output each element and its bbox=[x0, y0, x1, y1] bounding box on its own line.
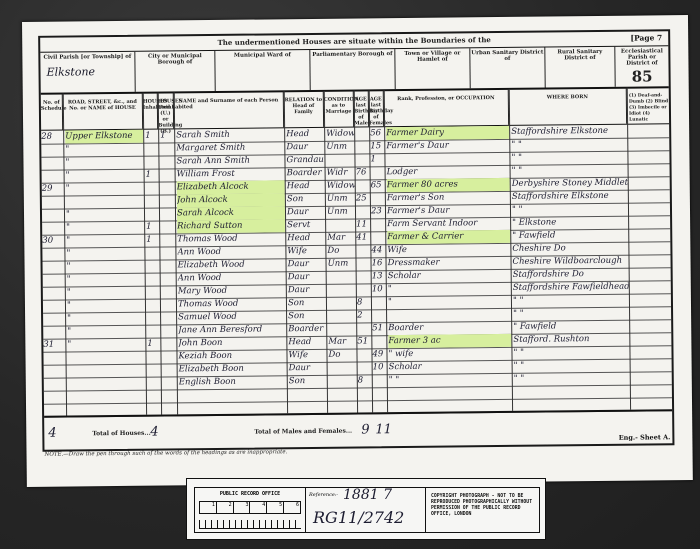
cell-relation: Head bbox=[287, 180, 325, 193]
scale-mark: 2 bbox=[217, 502, 234, 513]
cell-address: " bbox=[66, 234, 144, 248]
cell-inhabited bbox=[146, 247, 159, 260]
cell-age-f: 10 bbox=[373, 361, 387, 374]
piece-number: RG11/2742 bbox=[313, 508, 404, 527]
scale-mark: 6 bbox=[284, 502, 300, 513]
cell-name: John Alcock bbox=[177, 193, 285, 207]
civil-parish-value: Elkstone bbox=[40, 65, 134, 79]
cell-born: Derbyshire Stoney Middleton bbox=[512, 177, 628, 191]
cell-age-m: 2 bbox=[357, 309, 371, 322]
cell-schedule bbox=[42, 209, 64, 222]
cell-age-m bbox=[358, 387, 372, 400]
persons-total-label: Total of Males and Females... bbox=[254, 428, 352, 436]
cell-schedule bbox=[43, 352, 65, 365]
cell-age-f bbox=[373, 374, 387, 387]
cell-age-f bbox=[371, 166, 385, 179]
cell-age-m: 8 bbox=[358, 374, 372, 387]
cell-occupation: Farmer Dairy bbox=[386, 126, 509, 140]
cell-age-f: 10 bbox=[372, 283, 386, 296]
district-number: 85 bbox=[616, 67, 669, 86]
cell-occupation: Boarder bbox=[388, 321, 511, 335]
cell-age-m bbox=[358, 361, 372, 374]
cell-born: " " bbox=[513, 307, 629, 321]
cell-occupation: Scholar bbox=[388, 269, 511, 283]
archive-label: PUBLIC RECORD OFFICE 1 2 3 4 5 6 Referen… bbox=[186, 478, 546, 540]
cell-uninhabited bbox=[160, 142, 174, 155]
copyright-notice: COPYRIGHT PHOTOGRAPH - NOT TO BE REPRODU… bbox=[431, 494, 536, 518]
cell-inhabited bbox=[147, 273, 160, 286]
col-infirmity: (1) Deaf-and-Dumb (2) Blind (3) Imbecile… bbox=[627, 87, 669, 123]
scale-mark: 4 bbox=[250, 502, 267, 513]
cell-schedule bbox=[43, 287, 65, 300]
cell-schedule bbox=[43, 300, 65, 313]
cell-schedule bbox=[42, 248, 64, 261]
cell-occupation: Farmer's Daur bbox=[386, 139, 509, 153]
cell-relation: Boarder bbox=[287, 167, 325, 180]
cell-relation: Boarder bbox=[288, 323, 326, 336]
cell-address: " bbox=[67, 325, 145, 339]
cell-age-m bbox=[355, 153, 369, 166]
cell-name: Ann Wood bbox=[177, 245, 285, 259]
cell-age-m bbox=[356, 244, 370, 257]
ruler bbox=[199, 520, 301, 529]
cell-condition bbox=[327, 219, 355, 232]
cell-condition: Unm bbox=[327, 193, 355, 206]
col-condition: CONDITION as to Marriage bbox=[324, 91, 354, 127]
cell-uninhabited bbox=[160, 155, 174, 168]
cell-inhabited bbox=[148, 377, 161, 390]
cell-age-f: 44 bbox=[371, 244, 385, 257]
cell-age-f bbox=[371, 231, 385, 244]
cell-schedule bbox=[44, 391, 66, 404]
cell-age-m bbox=[357, 283, 371, 296]
cell-uninhabited bbox=[161, 246, 175, 259]
cell-inhabited bbox=[148, 364, 161, 377]
cell-age-m: 8 bbox=[357, 296, 371, 309]
cell-condition: Widow bbox=[327, 180, 355, 193]
cell-inhabited bbox=[146, 208, 159, 221]
cell-name: Elizabeth Boon bbox=[179, 362, 287, 376]
cell-age-m bbox=[356, 205, 370, 218]
cell-address: Upper Elkstone bbox=[65, 130, 143, 144]
cell-address: " bbox=[66, 247, 144, 261]
town-label: Town or Village or Hamlet of bbox=[404, 50, 460, 62]
cell-name: Elizabeth Wood bbox=[177, 258, 285, 272]
cell-condition bbox=[328, 271, 356, 284]
cell-uninhabited bbox=[161, 181, 175, 194]
cell-uninhabited bbox=[162, 324, 176, 337]
cell-age-f: 1 bbox=[370, 153, 384, 166]
cell-condition bbox=[328, 323, 356, 336]
cell-address: " bbox=[65, 156, 143, 170]
cell-condition bbox=[329, 362, 357, 375]
cell-uninhabited bbox=[161, 207, 175, 220]
cell-schedule bbox=[43, 326, 65, 339]
males-total: 9 bbox=[361, 422, 369, 437]
reference-box: Reference:- 1881 7 RG11/2742 bbox=[305, 488, 426, 532]
houses-total-value: 4 bbox=[150, 425, 158, 440]
cell-inhabited: 1 bbox=[146, 221, 159, 234]
cell-relation: Son bbox=[288, 297, 326, 310]
cell-inhabited bbox=[147, 299, 160, 312]
ward-field: Municipal Ward of bbox=[215, 50, 310, 91]
cell-condition bbox=[329, 388, 357, 401]
cell-born: Cheshire Do bbox=[512, 242, 628, 256]
borough-label: City or Municipal Borough of bbox=[148, 53, 202, 65]
cell-age-f bbox=[371, 192, 385, 205]
cell-inhabited: 1 bbox=[146, 169, 159, 182]
cell-age-m: 41 bbox=[356, 231, 370, 244]
cell-address bbox=[68, 377, 146, 391]
cell-age-f bbox=[372, 309, 386, 322]
cell-inhabited bbox=[145, 156, 158, 169]
cell-inhabited bbox=[147, 325, 160, 338]
cell-age-f bbox=[371, 218, 385, 231]
census-frame: The undermentioned Houses are situate wi… bbox=[38, 29, 674, 452]
borough-field: City or Municipal Borough of bbox=[135, 51, 215, 92]
cell-age-m: 25 bbox=[356, 192, 370, 205]
cell-address: " bbox=[67, 260, 145, 274]
cell-occupation bbox=[388, 308, 511, 322]
eccl-parish-label: Ecclesiastical Parish or District of bbox=[621, 48, 663, 66]
cell-schedule bbox=[42, 222, 64, 235]
cell-occupation: Farmer 80 acres bbox=[387, 178, 510, 192]
pro-office: PUBLIC RECORD OFFICE bbox=[195, 491, 305, 497]
cell-occupation bbox=[386, 152, 509, 166]
col-where-born: WHERE BORN bbox=[509, 88, 627, 125]
cell-address: " bbox=[67, 312, 145, 326]
cell-condition: Unm bbox=[326, 141, 354, 154]
cell-uninhabited bbox=[161, 168, 175, 181]
cell-relation: Head bbox=[288, 336, 326, 349]
cell-inhabited bbox=[146, 195, 159, 208]
cell-born: " Fawfield bbox=[512, 229, 628, 243]
cell-born: Staffordshire Fawfieldhead bbox=[513, 281, 629, 295]
cell-condition bbox=[328, 284, 356, 297]
cell-schedule: 29 bbox=[42, 183, 64, 196]
cell-born: " " bbox=[513, 294, 629, 308]
cell-born: " " bbox=[513, 346, 629, 360]
cell-uninhabited bbox=[163, 363, 177, 376]
cell-born: " " bbox=[514, 359, 630, 373]
cell-inhabited bbox=[147, 351, 160, 364]
cell-inhabited bbox=[147, 312, 160, 325]
cell-born: Cheshire Wildboarclough bbox=[512, 255, 628, 269]
col-address: ROAD, STREET, &c., and No. or NAME of HO… bbox=[63, 93, 143, 130]
cell-condition: Unm bbox=[327, 258, 355, 271]
cell-age-f: 15 bbox=[370, 140, 384, 153]
cell-address: " bbox=[66, 221, 144, 235]
cell-born: Staffordshire Elkstone bbox=[511, 125, 627, 139]
reference-label: Reference:- bbox=[309, 492, 338, 498]
houses-total-label: Total of Houses... bbox=[92, 430, 150, 438]
cell-uninhabited bbox=[161, 220, 175, 233]
cell-uninhabited bbox=[163, 389, 177, 402]
cell-address bbox=[66, 195, 144, 209]
cell-schedule: 28 bbox=[41, 131, 63, 144]
cell-occupation: " bbox=[388, 295, 511, 309]
census-sheet: The undermentioned Houses are situate wi… bbox=[22, 15, 693, 487]
cell-name: Elizabeth Alcock bbox=[177, 180, 285, 194]
cell-occupation: " " bbox=[389, 373, 512, 387]
cell-condition: Widr bbox=[327, 167, 355, 180]
scale-mark: 1 bbox=[200, 502, 217, 513]
cell-uninhabited bbox=[162, 311, 176, 324]
cell-address: " bbox=[67, 338, 145, 352]
parl-borough-label: Parliamentary Borough of bbox=[312, 51, 392, 58]
cell-age-f: 49 bbox=[372, 348, 386, 361]
rural-district-label: Rural Sanitary District of bbox=[557, 49, 602, 61]
cell-schedule bbox=[42, 196, 64, 209]
cell-age-f: 56 bbox=[370, 127, 384, 140]
cell-age-m bbox=[355, 127, 369, 140]
cell-born: " " bbox=[512, 203, 628, 217]
cell-relation: Son bbox=[288, 310, 326, 323]
scale-mark: 5 bbox=[267, 502, 284, 513]
cell-occupation bbox=[389, 386, 512, 400]
cell-uninhabited bbox=[161, 259, 175, 272]
page-number: [Page 7 bbox=[630, 33, 662, 42]
cell-schedule bbox=[41, 144, 63, 157]
cell-relation: Servt bbox=[287, 219, 325, 232]
cell-condition bbox=[328, 297, 356, 310]
cell-relation: Daur bbox=[286, 141, 324, 154]
scale-bar: 1 2 3 4 5 6 bbox=[199, 501, 301, 514]
cell-occupation: Farmer 3 ac bbox=[388, 334, 511, 348]
cell-inhabited bbox=[146, 260, 159, 273]
cell-relation: Head bbox=[286, 128, 324, 141]
cell-uninhabited bbox=[161, 194, 175, 207]
schedules-count: 4 bbox=[48, 426, 56, 441]
scale-mark: 3 bbox=[234, 502, 251, 513]
cell-born: " " bbox=[511, 151, 627, 165]
cell-occupation: " bbox=[388, 282, 511, 296]
cell-inhabited: 1 bbox=[145, 130, 158, 143]
cell-relation: Daur bbox=[288, 284, 326, 297]
cell-name: Thomas Wood bbox=[178, 297, 286, 311]
col-uninhabited: HOUSES Uninhabited (U.) or Building (B.) bbox=[158, 92, 174, 128]
cell-age-f bbox=[372, 296, 386, 309]
cell-age-f: 23 bbox=[371, 205, 385, 218]
cell-name: Sarah Alcock bbox=[177, 206, 285, 220]
sheet-end-label: Eng.- Sheet A. bbox=[619, 433, 671, 442]
cell-age-m bbox=[356, 179, 370, 192]
cell-relation: Son bbox=[287, 193, 325, 206]
cell-schedule bbox=[42, 170, 64, 183]
col-relation: RELATION to Head of Family bbox=[284, 91, 324, 127]
cell-condition: Mar bbox=[327, 232, 355, 245]
cell-occupation: Scholar bbox=[389, 360, 512, 374]
cell-relation: Son bbox=[289, 375, 327, 388]
col-schedule: No. of Schedule bbox=[41, 94, 63, 130]
cell-age-f: 65 bbox=[371, 179, 385, 192]
cell-born: Staffordshire Elkstone bbox=[512, 190, 628, 204]
cell-relation: Grandaur bbox=[286, 154, 324, 167]
cell-age-f bbox=[373, 387, 387, 400]
cell-age-m: 51 bbox=[357, 335, 371, 348]
cell-condition: Widow bbox=[326, 128, 354, 141]
cell-condition bbox=[329, 375, 357, 388]
cell-uninhabited: 1 bbox=[160, 129, 174, 142]
cell-address bbox=[67, 351, 145, 365]
eccl-parish-field: Ecclesiastical Parish or District of 85 bbox=[615, 46, 668, 87]
cell-name: Samuel Wood bbox=[178, 310, 286, 324]
urban-district-field: Urban Sanitary District of bbox=[470, 48, 545, 89]
cell-inhabited: 1 bbox=[146, 234, 159, 247]
cell-condition: Unm bbox=[327, 206, 355, 219]
cell-inhabited bbox=[145, 143, 158, 156]
cell-age-f: 51 bbox=[372, 322, 386, 335]
cell-name: John Boon bbox=[178, 336, 286, 350]
cell-schedule: 31 bbox=[43, 339, 65, 352]
cell-schedule: 30 bbox=[42, 235, 64, 248]
cell-born: Stafford. Rushton bbox=[513, 333, 629, 347]
cell-address: " bbox=[67, 299, 145, 313]
cell-name: Richard Sutton bbox=[177, 219, 285, 233]
cell-uninhabited bbox=[162, 285, 176, 298]
cell-uninhabited bbox=[163, 376, 177, 389]
parl-borough-field: Parliamentary Borough of bbox=[310, 49, 395, 90]
cell-age-m bbox=[356, 257, 370, 270]
cell-occupation: Dressmaker bbox=[387, 256, 510, 270]
cell-age-f: 16 bbox=[371, 257, 385, 270]
civil-parish-label: Civil Parish [or Township] of bbox=[43, 54, 131, 61]
cell-occupation: Farmer & Carrier bbox=[387, 230, 510, 244]
cell-uninhabited bbox=[162, 298, 176, 311]
cell-occupation: " wife bbox=[388, 347, 511, 361]
cell-address: " bbox=[65, 143, 143, 157]
cell-name: William Frost bbox=[177, 167, 285, 181]
cell-condition: Mar bbox=[328, 336, 356, 349]
pro-scale-box: PUBLIC RECORD OFFICE 1 2 3 4 5 6 bbox=[195, 488, 306, 532]
reference-value: 1881 7 bbox=[343, 487, 392, 503]
col-name: NAME and Surname of each Person bbox=[174, 91, 284, 128]
col-age-females: AGE last Birthday of Females bbox=[369, 90, 384, 126]
cell-inhabited bbox=[146, 182, 159, 195]
cell-age-m bbox=[357, 270, 371, 283]
cell-inhabited bbox=[147, 286, 160, 299]
cell-name: Margaret Smith bbox=[176, 141, 284, 155]
cell-age-m: 11 bbox=[356, 218, 370, 231]
col-age-males: AGE last Birthday of Males bbox=[354, 90, 369, 126]
cell-address: " bbox=[67, 273, 145, 287]
cell-age-m: 76 bbox=[356, 166, 370, 179]
cell-born: " " bbox=[511, 138, 627, 152]
cell-address: " bbox=[66, 208, 144, 222]
cell-address: " bbox=[66, 169, 144, 183]
rural-district-field: Rural Sanitary District of bbox=[545, 47, 615, 88]
cell-relation: Wife bbox=[288, 349, 326, 362]
cell-schedule bbox=[44, 378, 66, 391]
cell-name: Jane Ann Beresford bbox=[178, 323, 286, 337]
cell-schedule bbox=[43, 261, 65, 274]
ward-label: Municipal Ward of bbox=[234, 52, 291, 59]
cell-occupation: Wife bbox=[387, 243, 510, 257]
cell-schedule bbox=[43, 274, 65, 287]
cell-name: Keziah Boon bbox=[178, 349, 286, 363]
cell-born: " Fawfield bbox=[513, 320, 629, 334]
cell-age-m bbox=[357, 348, 371, 361]
urban-district-label: Urban Sanitary District of bbox=[471, 50, 543, 62]
col-inhabited: HOUSES Inhabited bbox=[143, 93, 158, 129]
cell-condition bbox=[328, 310, 356, 323]
cell-occupation: Lodger bbox=[387, 165, 510, 179]
cell-schedule bbox=[41, 157, 63, 170]
cell-schedule bbox=[44, 365, 66, 378]
cell-age-f bbox=[372, 335, 386, 348]
cell-condition: Do bbox=[327, 245, 355, 258]
females-total: 11 bbox=[375, 422, 392, 437]
civil-parish-field: Civil Parish [or Township] of Elkstone bbox=[40, 52, 135, 93]
cell-condition: Do bbox=[328, 349, 356, 362]
cell-born: " Elkstone bbox=[512, 216, 628, 230]
cell-occupation: Farm Servant Indoor bbox=[387, 217, 510, 231]
cell-condition bbox=[326, 154, 354, 167]
cell-name: Ann Wood bbox=[178, 271, 286, 285]
cell-age-f: 13 bbox=[372, 270, 386, 283]
cell-relation: Daur bbox=[288, 271, 326, 284]
cell-name: English Boon bbox=[179, 375, 287, 389]
col-occupation: Rank, Profession, or OCCUPATION bbox=[384, 89, 509, 126]
cell-relation: Daur bbox=[287, 206, 325, 219]
cell-address bbox=[68, 364, 146, 378]
cell-address: " bbox=[67, 286, 145, 300]
cell-occupation: Farmer's Daur bbox=[387, 204, 510, 218]
cell-uninhabited bbox=[161, 233, 175, 246]
cell-age-m bbox=[355, 140, 369, 153]
cell-name: Sarah Smith bbox=[176, 128, 284, 142]
cell-age-m bbox=[357, 322, 371, 335]
town-field: Town or Village or Hamlet of bbox=[395, 48, 470, 89]
footnote: NOTE.—Draw the pen through such of the w… bbox=[45, 449, 288, 458]
cell-inhabited bbox=[148, 390, 161, 403]
cell-address: " bbox=[66, 182, 144, 196]
cell-address bbox=[68, 390, 146, 404]
cell-uninhabited bbox=[162, 337, 176, 350]
cell-uninhabited bbox=[162, 272, 176, 285]
cell-born: " " bbox=[514, 372, 630, 386]
cell-born bbox=[514, 385, 630, 399]
cell-relation: Daur bbox=[287, 258, 325, 271]
cell-occupation: Farmer's Son bbox=[387, 191, 510, 205]
cell-schedule bbox=[43, 313, 65, 326]
cell-relation: Daur bbox=[289, 362, 327, 375]
cell-name: Thomas Wood bbox=[177, 232, 285, 246]
cell-born: Staffordshire Do bbox=[513, 268, 629, 282]
cell-born: " " bbox=[512, 164, 628, 178]
totals-row: 4 Total of Houses... 4 Total of Males an… bbox=[44, 409, 672, 452]
cell-uninhabited bbox=[162, 350, 176, 363]
cell-inhabited: 1 bbox=[147, 338, 160, 351]
cell-name: Sarah Ann Smith bbox=[176, 154, 284, 168]
cell-relation bbox=[289, 388, 327, 401]
cell-relation: Wife bbox=[287, 245, 325, 258]
cell-name: Mary Wood bbox=[178, 284, 286, 298]
cell-relation: Head bbox=[287, 232, 325, 245]
cell-name bbox=[179, 388, 287, 402]
